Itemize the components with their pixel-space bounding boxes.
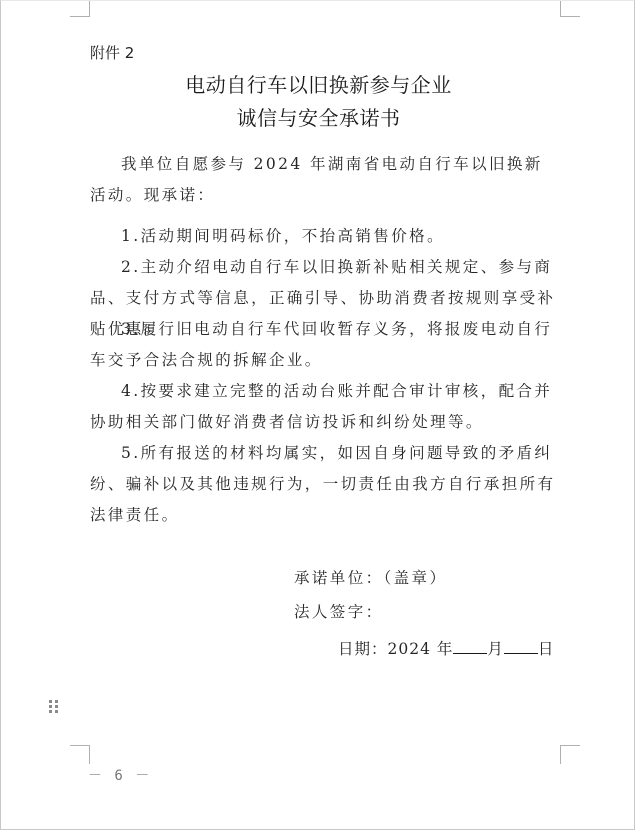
document-page: 附件 2 电动自行车以旧换新参与企业 诚信与安全承诺书 我单位自愿参与 2024… <box>0 0 635 830</box>
corner-mark-bottom-right <box>560 745 580 764</box>
drag-handle-icon[interactable] <box>49 700 59 714</box>
attachment-label: 附件 2 <box>90 42 134 63</box>
intro-paragraph: 我单位自愿参与 2024 年湖南省电动自行车以旧换新活动。现承诺： <box>90 149 560 211</box>
corner-mark-bottom-left <box>70 745 90 764</box>
commitment-item-5: 5.所有报送的材料均属实，如因自身问题导致的矛盾纠纷、骗补以及其他违规行为，一切… <box>90 438 560 531</box>
day-blank <box>504 639 538 654</box>
day-label: 日 <box>538 640 555 658</box>
month-label: 月 <box>487 640 504 658</box>
month-blank <box>453 639 487 654</box>
commitment-item-4: 4.按要求建立完整的活动台账并配合审计审核，配合并协助相关部门做好消费者信访投诉… <box>90 376 560 438</box>
document-title-line2: 诚信与安全承诺书 <box>1 102 635 131</box>
page-number: － 6 － <box>88 765 151 785</box>
corner-mark-top-left <box>70 1 90 17</box>
date-prefix: 日期：2024 年 <box>338 640 453 658</box>
legal-rep-signature-label: 法人签字： <box>294 600 384 622</box>
signing-unit-label: 承诺单位：（盖章） <box>294 566 447 588</box>
commitment-item-3: 3.履行旧电动自行车代回收暂存义务，将报废电动自行车交予合法合规的拆解企业。 <box>90 314 560 376</box>
corner-mark-top-right <box>560 1 580 17</box>
document-title-line1: 电动自行车以旧换新参与企业 <box>1 69 635 98</box>
commitment-item-1: 1.活动期间明码标价，不抬高销售价格。 <box>90 221 560 252</box>
date-line: 日期：2024 年月日 <box>338 637 554 659</box>
